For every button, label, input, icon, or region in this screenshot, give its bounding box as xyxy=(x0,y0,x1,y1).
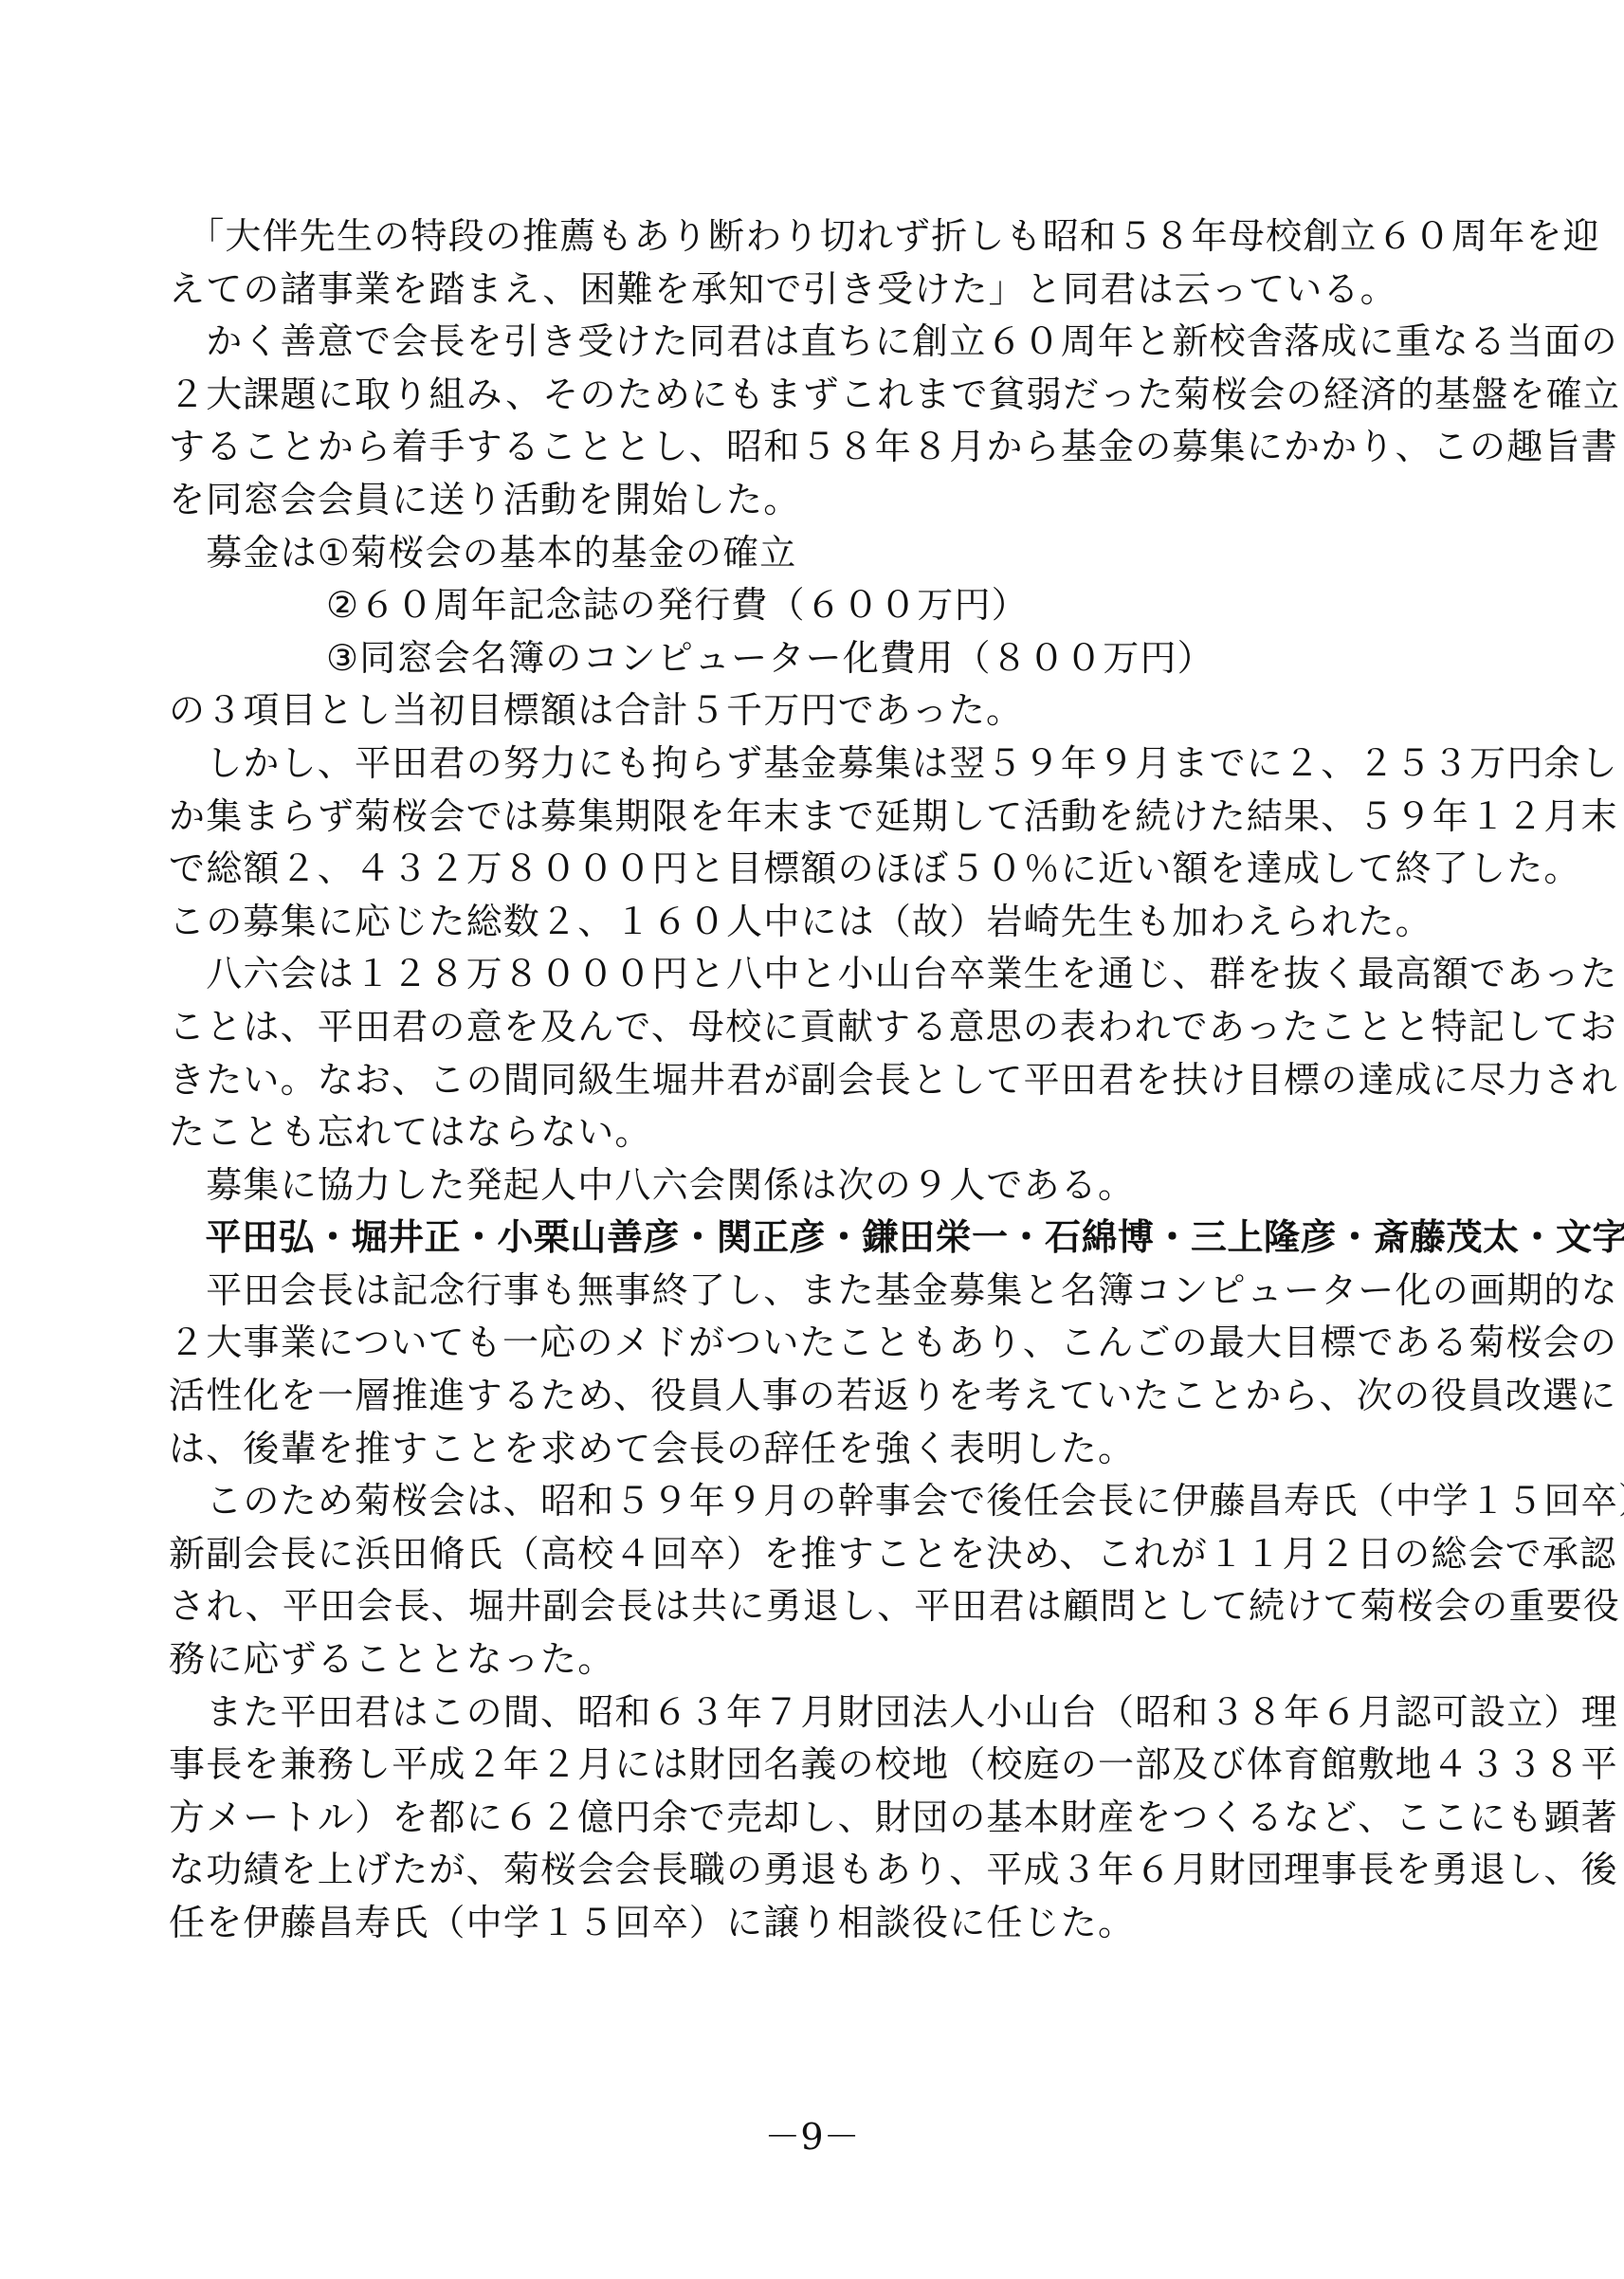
text-line: このため菊桜会は、昭和５９年９月の幹事会で後任会長に伊藤昌寿氏（中学１５回卒） xyxy=(169,1475,1534,1528)
text-line: することから着手することとし、昭和５８年８月から基金の募集にかかり、この趣旨書 xyxy=(169,421,1534,474)
page-number: －9－ xyxy=(0,2107,1624,2160)
text-line: 方メートル）を都に６２億円余で売却し、財団の基本財産をつくるなど、ここにも顕著 xyxy=(169,1792,1534,1845)
text-line: 事長を兼務し平成２年２月には財団名義の校地（校庭の一部及び体育館敷地４３３８平 xyxy=(169,1739,1534,1792)
text-line: えての諸事業を踏まえ、困難を承知で引き受けた」と同君は云っている。 xyxy=(169,264,1534,317)
text-line: か集まらず菊桜会では募集期限を年末まで延期して活動を続けた結果、５９年１２月末 xyxy=(169,791,1534,844)
text-line: また平田君はこの間、昭和６３年７月財団法人小山台（昭和３８年６月認可設立）理 xyxy=(169,1686,1534,1740)
text-line: 平田会長は記念行事も無事終了し、また基金募集と名簿コンピューター化の画期的な xyxy=(169,1265,1534,1318)
text-line: 任を伊藤昌寿氏（中学１５回卒）に譲り相談役に任じた。 xyxy=(169,1897,1534,1950)
text-line: 「大伴先生の特段の推薦もあり断わり切れず折しも昭和５８年母校創立６０周年を迎 xyxy=(169,210,1534,264)
text-line: ことは、平田君の意を及んで、母校に貢献する意思の表われであったことと特記してお xyxy=(169,1001,1534,1054)
text-line: 活性化を一層推進するため、役員人事の若返りを考えていたことから、次の役員改選に xyxy=(169,1370,1534,1423)
text-line: の３項目とし当初目標額は合計５千万円であった。 xyxy=(169,684,1534,738)
text-line: かく善意で会長を引き受けた同君は直ちに創立６０周年と新校舎落成に重なる当面の xyxy=(169,316,1534,369)
text-line: 募集に協力した発起人中八六会関係は次の９人である。 xyxy=(169,1159,1534,1212)
text-line: ２大事業についても一応のメドがついたこともあり、こんごの最大目標である菊桜会の xyxy=(169,1317,1534,1370)
text-line: 務に応ずることとなった。 xyxy=(169,1633,1534,1686)
text-line: 募金は①菊桜会の基本的基金の確立 xyxy=(169,527,1534,580)
text-line: な功績を上げたが、菊桜会会長職の勇退もあり、平成３年６月財団理事長を勇退し、後 xyxy=(169,1844,1534,1897)
text-line: は、後輩を推すことを求めて会長の辞任を強く表明した。 xyxy=(169,1423,1534,1476)
text-line: ２大課題に取り組み、そのためにもまずこれまで貧弱だった菊桜会の経済的基盤を確立 xyxy=(169,369,1534,422)
text-line: 新副会長に浜田脩氏（高校４回卒）を推すことを決め、これが１１月２日の総会で承認 xyxy=(169,1528,1534,1581)
list-item: ③同窓会名簿のコンピューター化費用（８００万円） xyxy=(169,632,1534,685)
text-line: きたい。なお、この間同級生堀井君が副会長として平田君を扶け目標の達成に尽力され xyxy=(169,1054,1534,1107)
text-line: この募集に応じた総数２、１６０人中には（故）岩崎先生も加わえられた。 xyxy=(169,896,1534,949)
text-line: され、平田会長、堀井副会長は共に勇退し、平田君は顧問として続けて菊桜会の重要役 xyxy=(169,1580,1534,1633)
promoter-names: 平田弘・堀井正・小栗山善彦・関正彦・鎌田栄一・石綿博・三上隆彦・斎藤茂太・文字哲… xyxy=(169,1212,1534,1265)
text-line: たことも忘れてはならない。 xyxy=(169,1106,1534,1159)
list-item: ②６０周年記念誌の発行費（６００万円） xyxy=(169,579,1534,632)
text-line: で総額２、４３２万８０００円と目標額のほぼ５０％に近い額を達成して終了した。 xyxy=(169,843,1534,896)
text-line: 八六会は１２８万８０００円と八中と小山台卒業生を通じ、群を抜く最高額であった xyxy=(169,948,1534,1001)
text-line: しかし、平田君の努力にも拘らず基金募集は翌５９年９月までに２、２５３万円余し xyxy=(169,738,1534,791)
text-line: を同窓会会員に送り活動を開始した。 xyxy=(169,474,1534,527)
document-body: 「大伴先生の特段の推薦もあり断わり切れず折しも昭和５８年母校創立６０周年を迎 え… xyxy=(169,210,1534,1950)
